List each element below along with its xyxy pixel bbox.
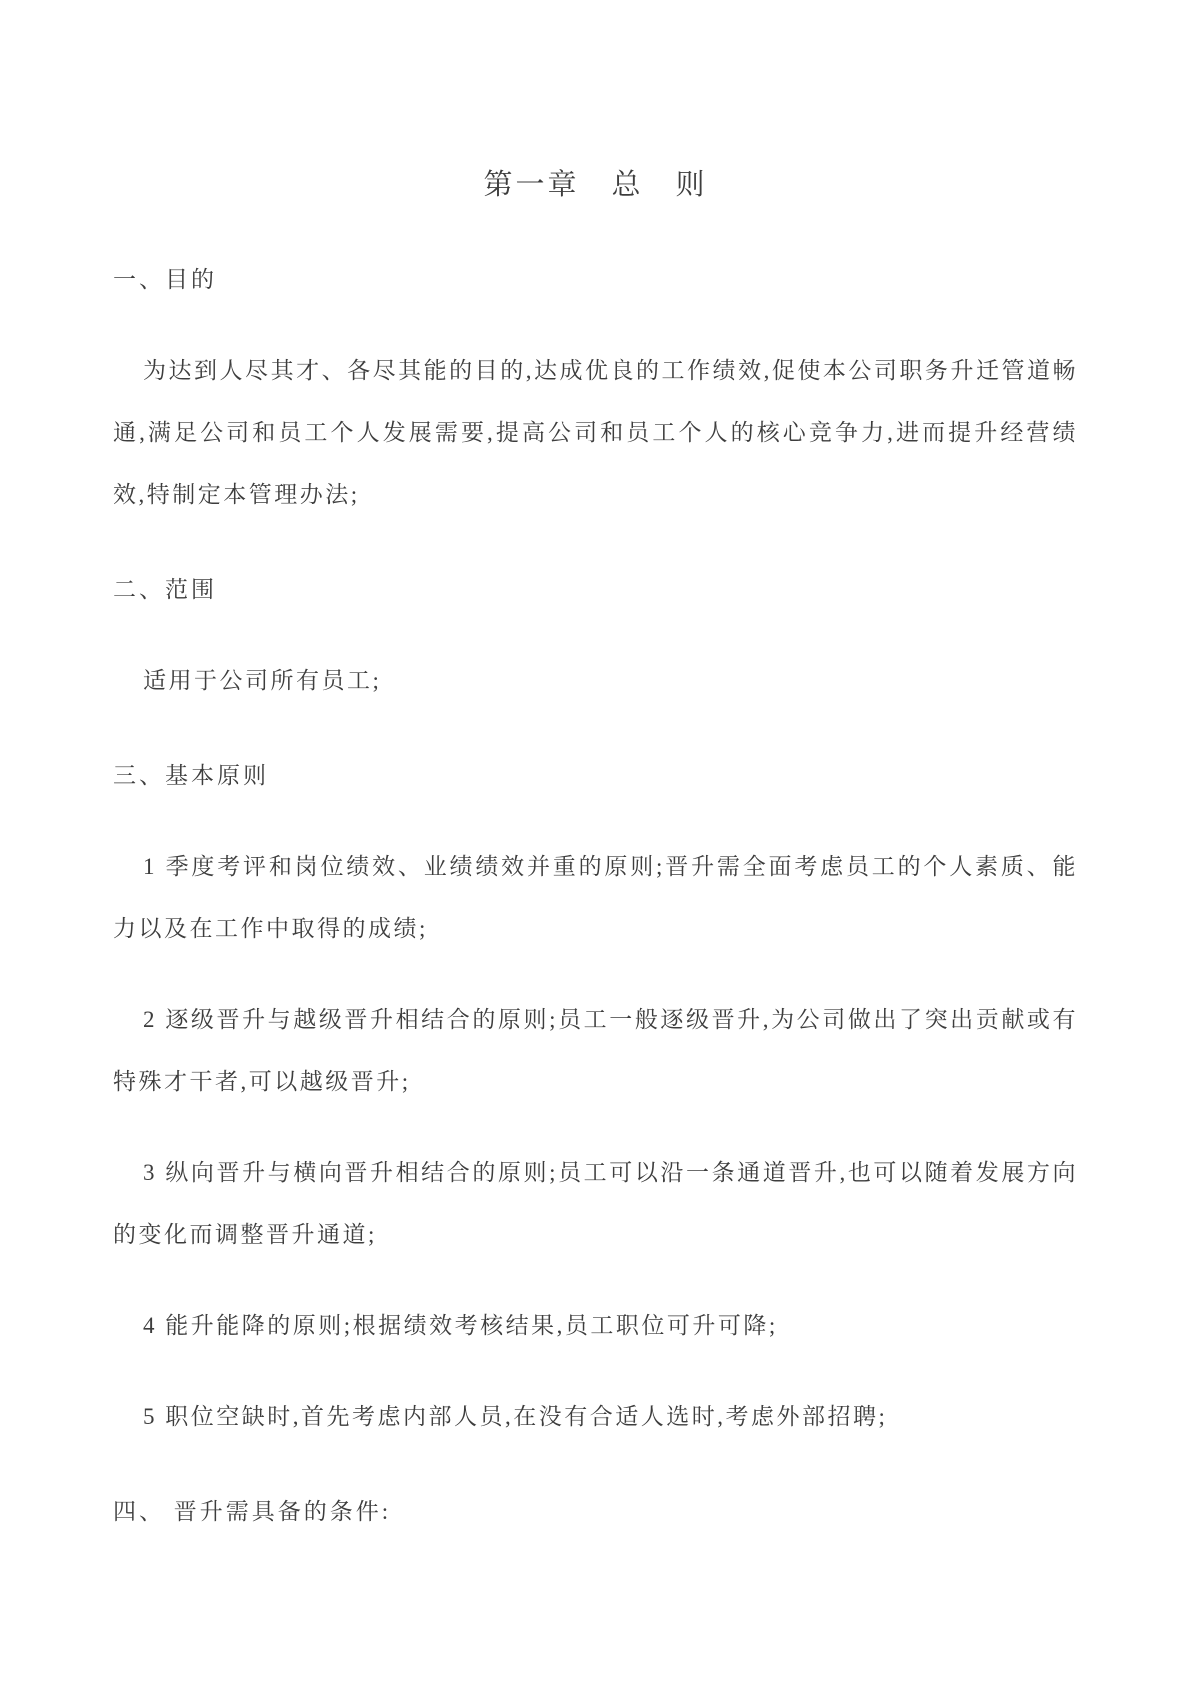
- principle-item-3: 3 纵向晋升与横向晋升相结合的原则;员工可以沿一条通道晋升,也可以随着发展方向的…: [113, 1142, 1078, 1266]
- heading-purpose: 一、目的: [113, 249, 1078, 311]
- paragraph-purpose: 为达到人尽其才、各尽其能的目的,达成优良的工作绩效,促使本公司职务升迁管道畅通,…: [113, 340, 1078, 526]
- heading-promotion-conditions: 四、 晋升需具备的条件:: [113, 1481, 1078, 1543]
- principle-item-2: 2 逐级晋升与越级晋升相结合的原则;员工一般逐级晋升,为公司做出了突出贡献或有特…: [113, 989, 1078, 1113]
- principle-item-1: 1 季度考评和岗位绩效、业绩绩效并重的原则;晋升需全面考虑员工的个人素质、能力以…: [113, 836, 1078, 960]
- chapter-title: 第一章 总 则: [113, 154, 1078, 216]
- heading-basic-principles: 三、基本原则: [113, 745, 1078, 807]
- principle-item-4: 4 能升能降的原则;根据绩效考核结果,员工职位可升可降;: [113, 1295, 1078, 1357]
- principle-item-5: 5 职位空缺时,首先考虑内部人员,在没有合适人选时,考虑外部招聘;: [113, 1386, 1078, 1448]
- paragraph-scope: 适用于公司所有员工;: [113, 650, 1078, 712]
- document-page: 第一章 总 则 一、目的 为达到人尽其才、各尽其能的目的,达成优良的工作绩效,促…: [0, 0, 1191, 1684]
- heading-scope: 二、范围: [113, 559, 1078, 621]
